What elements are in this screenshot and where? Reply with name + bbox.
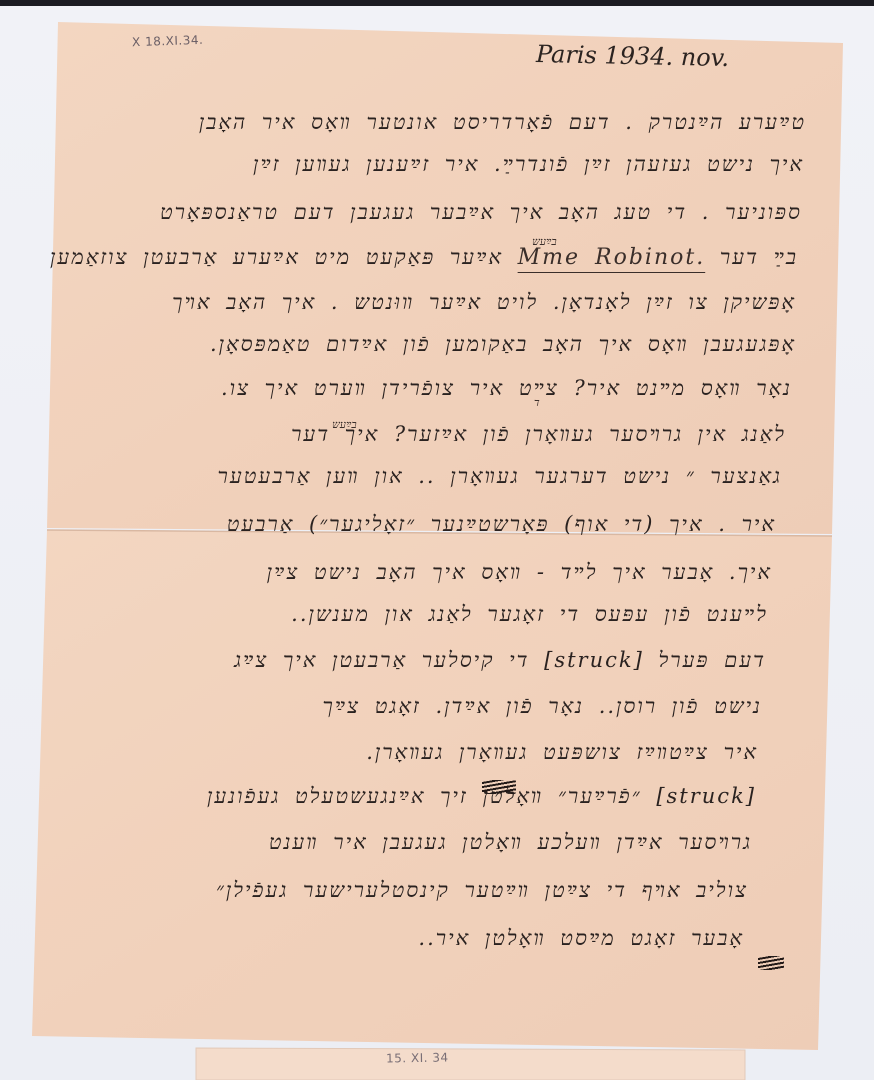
interlinear-insertion: בײַעש (332, 418, 357, 431)
archive-date-mark: X 18.XI.34. (132, 33, 204, 49)
letter-line: ספּוניער . די טעג האָב איך אײַבער געגעבן… (160, 200, 802, 225)
letter-line: גאַנצער ״ נישט דערגער געװאָרן .. און װען… (218, 464, 782, 489)
letter-line: טײַערע הײַנטרק . דעם פֿאָרדריסט אונטער װ… (199, 110, 806, 135)
letter-line: לײענט פֿון עפּעס די זאָגער לאַנג און מענ… (291, 602, 768, 627)
interlinear-insertion: בײַעש (532, 235, 557, 248)
letter-line: איר צײַטװײַז צושפּעט געװאָרן געװאָרן. (366, 740, 758, 765)
letter-line: אָבער זאָגט מײַסט װאָלטן איר.. (418, 926, 744, 951)
letter-line-end: אײַער פּאַקעט מיט אײַערע אַרבעטן צוזאַמע… (50, 245, 503, 269)
letter-line: נאָר װאָס מײנט איר? צײט איר צופֿרידן װער… (221, 376, 792, 401)
second-sheet-date-mark: 15. XI. 34 (386, 1050, 449, 1065)
letter-line: גרױסער אײַדן װעלכע װאָלטן געגעבן איר װענ… (269, 830, 752, 855)
letter-line: לאַנג אין גרױסער געװאָרן פֿון אײַזער? אי… (291, 422, 786, 447)
letter-line: צוליב אױף די צײַטן װײַטער קינסטלערישער ג… (216, 878, 748, 903)
struck-out-word (758, 956, 784, 970)
interlinear-insertion: ד (534, 396, 540, 409)
letter-line: אָפּגעגעבן װאָס איך האָב באַקומען פֿון א… (210, 332, 796, 357)
letter-line: איך. אָבער איך לײד - װאָס איך האָב נישט … (267, 560, 772, 585)
letter-line: אָפּשיקן צו זײַן לאָנדאָן. לויט אײַער װו… (172, 290, 796, 315)
letter-line-with-name: בײַ דער Mme Robinot. אײַער פּאַקעט מיט א… (50, 245, 798, 270)
letter-date-header: Paris 1934. nov. (536, 40, 730, 72)
letter-line: דעם פּערל [struck] די קיסלער אַרבעטן איך… (234, 648, 766, 673)
letter-line-start: בײַ דער (720, 245, 798, 269)
struck-out-word (482, 780, 516, 794)
letter-line: איר . איך (די אוף) פּאָרשטײַנער ״זאָליגע… (227, 512, 776, 537)
recipient-name-robinot: Mme Robinot. (518, 245, 706, 270)
letter-line: איך נישט געזעהן זײַן פֿונדרײַ. איר זײַענ… (253, 152, 804, 177)
letter-line: נישט פֿון רוסן.. נאָר פֿון אײַדן. זאָגט … (322, 694, 762, 719)
